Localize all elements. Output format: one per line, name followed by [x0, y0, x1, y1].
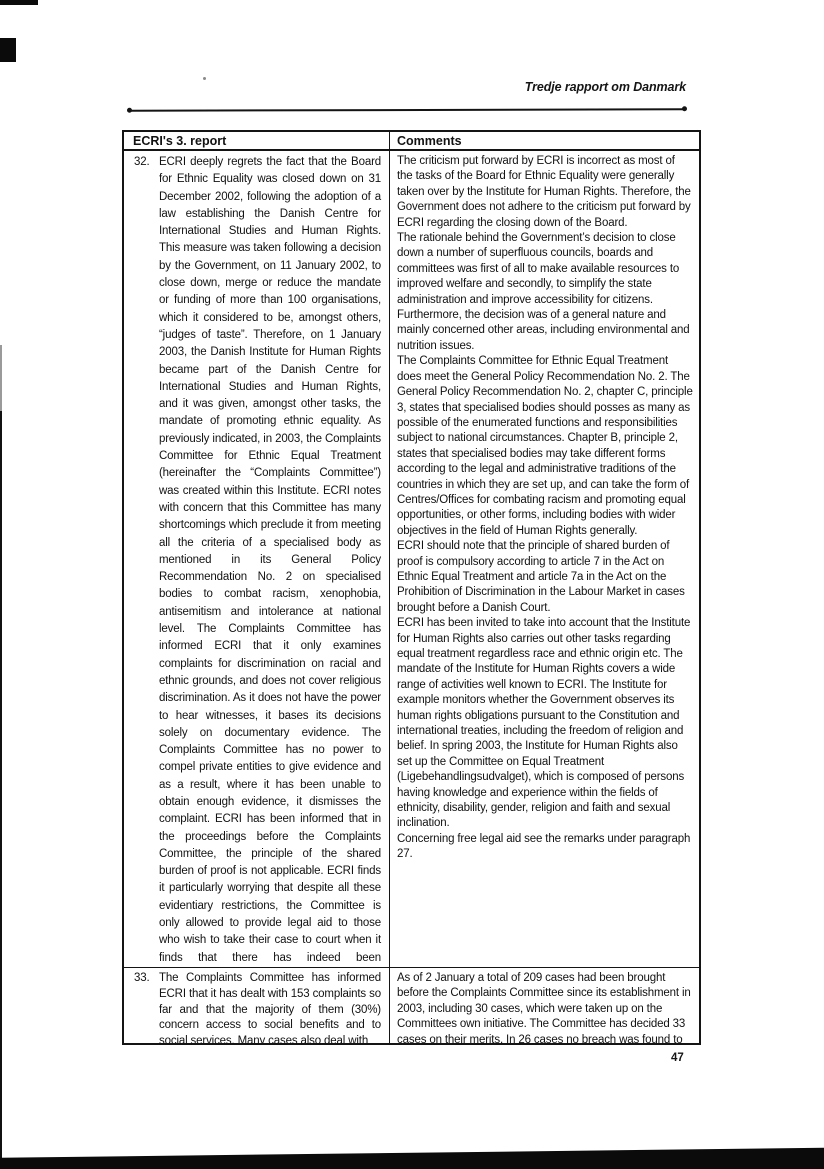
- rule-end-dot-right: [682, 106, 687, 111]
- header-rule: [129, 108, 685, 111]
- scan-dot-artifact: [203, 77, 206, 80]
- column-header-comments: Comments: [390, 132, 699, 149]
- table-row-item-32: 32. ECRI deeply regrets the fact that th…: [124, 151, 699, 968]
- report-cell-32: 32. ECRI deeply regrets the fact that th…: [124, 151, 390, 967]
- comments-cell-33: As of 2 January a total of 209 cases had…: [390, 968, 699, 1043]
- comment-paragraph: The criticism put forward by ECRI is inc…: [397, 154, 693, 231]
- item-number-32: 32.: [134, 154, 159, 967]
- scan-artifact-left-edge-line: [0, 345, 2, 1169]
- scan-artifact-bottom-bar: [0, 1144, 824, 1169]
- scan-artifact-top-bar: [0, 0, 38, 5]
- comment-paragraph: The Complaints Committee for Ethnic Equa…: [397, 354, 693, 539]
- comment-paragraph: ECRI has been invited to take into accou…: [397, 616, 693, 832]
- comments-cell-32: The criticism put forward by ECRI is inc…: [390, 151, 699, 967]
- document-page: Tredje rapport om Danmark ECRI's 3. repo…: [0, 0, 824, 1169]
- report-text-32: ECRI deeply regrets the fact that the Bo…: [159, 154, 381, 967]
- numbered-item-32: 32. ECRI deeply regrets the fact that th…: [134, 154, 381, 967]
- report-header-title: Tredje rapport om Danmark: [525, 80, 686, 94]
- comment-paragraph: Concerning free legal aid see the remark…: [397, 832, 693, 863]
- comparison-table: ECRI's 3. report Comments 32. ECRI deepl…: [122, 130, 701, 1045]
- numbered-item-33: 33. The Complaints Committee has informe…: [134, 971, 381, 1043]
- report-text-33: The Complaints Committee has informed EC…: [159, 971, 381, 1043]
- comment-paragraph: The rationale behind the Government’s de…: [397, 231, 693, 354]
- item-number-33: 33.: [134, 971, 159, 1043]
- comment-paragraph: ECRI should note that the principle of s…: [397, 539, 693, 616]
- comment-paragraph: As of 2 January a total of 209 cases had…: [397, 971, 693, 1043]
- column-header-ecri-report: ECRI's 3. report: [124, 132, 390, 149]
- page-number: 47: [671, 1052, 684, 1064]
- scan-artifact-top-square: [0, 38, 16, 62]
- table-row-item-33: 33. The Complaints Committee has informe…: [124, 968, 699, 1043]
- report-cell-33: 33. The Complaints Committee has informe…: [124, 968, 390, 1043]
- rule-end-dot-left: [127, 108, 132, 113]
- table-header-row: ECRI's 3. report Comments: [124, 132, 699, 151]
